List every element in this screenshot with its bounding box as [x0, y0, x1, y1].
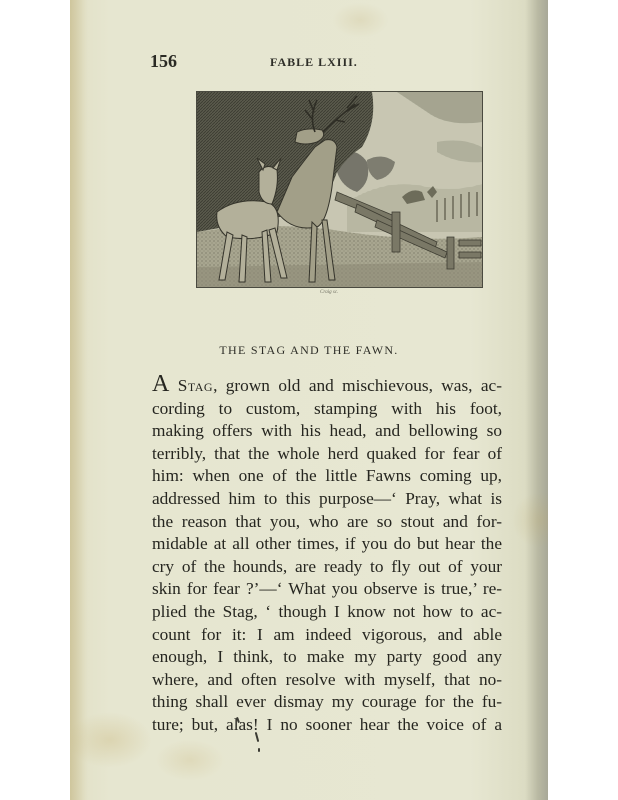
text-line: the reason that you, who are so stout an…: [152, 511, 502, 534]
fable-title: THE STAG AND THE FAWN.: [0, 343, 618, 358]
fable-body: A Stag, grown old and mischievous, was, …: [152, 374, 502, 737]
text-line: ture; but, alas! I no sooner hear the vo…: [152, 714, 502, 737]
text-line: count for it: I am indeed vigorous, and …: [152, 624, 502, 647]
drop-cap: A: [152, 371, 169, 397]
ink-speck: [258, 748, 260, 752]
text-line: making offers with his head, and bellowi…: [152, 420, 502, 443]
text-line: plied the Stag, ‘ though I know not how …: [152, 601, 502, 624]
text-line: skin for fear ?’—‘ What you observe is t…: [152, 578, 502, 601]
text-line: A Stag, grown old and mischievous, was, …: [152, 374, 502, 398]
text-line: midable at all other times, if you do bu…: [152, 533, 502, 556]
text-line: thing shall ever dismay my courage for t…: [152, 691, 502, 714]
text-line: where, and often resolve with myself, th…: [152, 669, 502, 692]
text-line: cording to custom, stamping with his foo…: [152, 398, 502, 421]
text-line: terribly, that the whole herd quaked for…: [152, 443, 502, 466]
page-header: 156 FABLE LXIII.: [0, 51, 618, 75]
text-line: addressed him to this purpose—‘ Pray, wh…: [152, 488, 502, 511]
text-line: enough, I think, to make my party good a…: [152, 646, 502, 669]
engraver-credit: Craig sc.: [320, 290, 338, 295]
lead-small-caps: Stag: [178, 376, 213, 395]
text-line: him: when one of the little Fawns coming…: [152, 465, 502, 488]
text-line: cry of the hounds, are ready to fly out …: [152, 556, 502, 579]
page-foxing-edge: [70, 0, 88, 800]
stag-and-fawn-engraving: [196, 91, 483, 288]
page-number: 156: [150, 51, 177, 72]
running-head: FABLE LXIII.: [270, 55, 358, 70]
